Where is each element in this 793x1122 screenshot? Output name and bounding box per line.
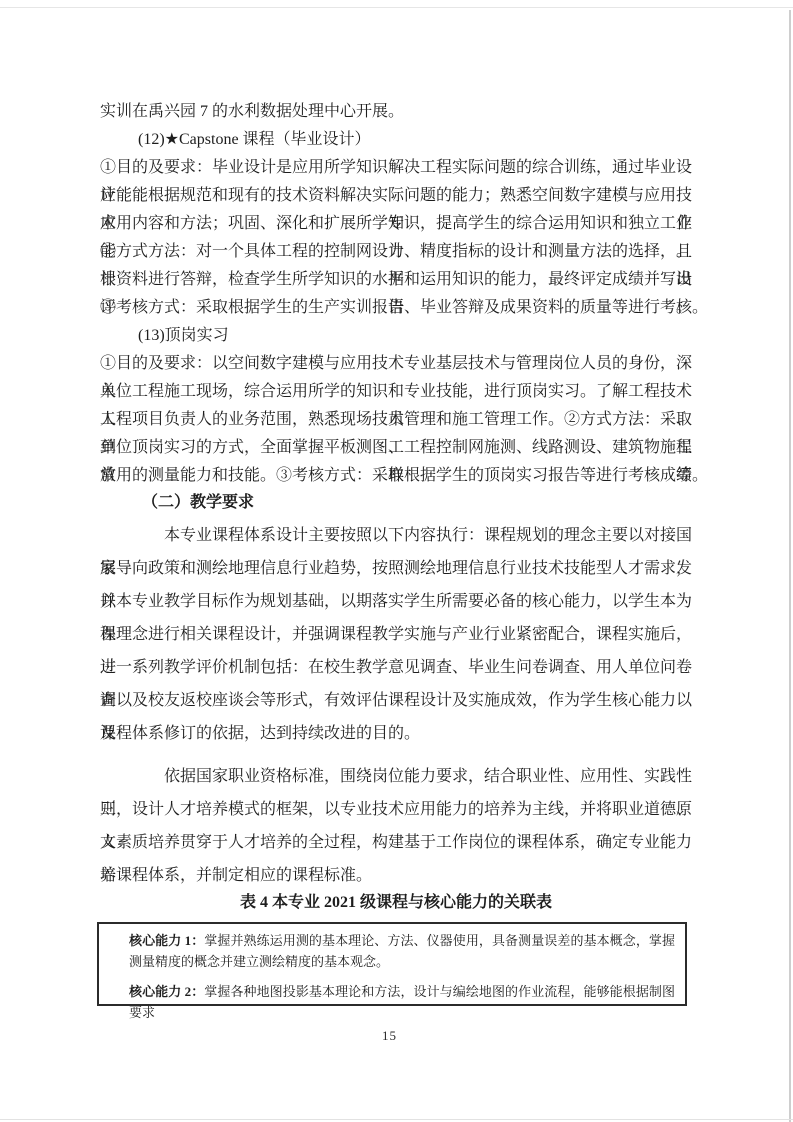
text-line: 应能能根据规范和现有的技术资料解决实际问题的能力；熟悉空间数字建模与应用技术专业 bbox=[100, 182, 692, 210]
text-line: 以本专业教学目标作为规划基础，以期落实学生所需要必备的核心能力，以学生本为课 bbox=[100, 585, 692, 618]
core-ability-1-text: 掌握并熟练运用测的基本理论、方法、仪器使用，具备测量误差的基本概念，掌握测量精度… bbox=[129, 933, 675, 969]
text-line: ③考核方式：采取根据学生的生产实训报告、毕业答辩及成果资料的质量等进行考核。 bbox=[100, 294, 692, 322]
list-item-12-capstone: (12)★Capstone 课程（毕业设计） bbox=[100, 126, 692, 154]
text-line: ①目的及要求：以空间数字建模与应用技术专业基层技术与管理岗位人员的身份，深入 bbox=[100, 350, 692, 378]
paragraph-talent-training: 依据国家职业资格标准，围绕岗位能力要求，结合职业性、应用性、实践性三原 则，设计… bbox=[100, 760, 692, 892]
page-number: 15 bbox=[0, 1028, 779, 1044]
text-line: 课程体系修订的依据，达到持续改进的目的。 bbox=[100, 717, 692, 750]
text-line: 程理念进行相关课程设计，并强调课程教学实施与产业行业紧密配合，课程实施后，进 bbox=[100, 618, 692, 651]
table-row: 核心能力 1：掌握并熟练运用测的基本理论、方法、仪器使用，具备测量误差的基本概念… bbox=[129, 930, 675, 972]
scan-edge-right bbox=[789, 10, 791, 1122]
table-row: 核心能力 2：掌握各种地图投影基本理论和方法，设计与编绘地图的作业流程，能够能根… bbox=[129, 981, 675, 1023]
text-line: 文素质培养贯穿于人才培养的全过程，构建基于工作岗位的课程体系，确定专业能力培 bbox=[100, 826, 692, 859]
text-line: ①目的及要求：毕业设计是应用所学知识解决工程实际问题的综合训练，通过毕业设计 bbox=[100, 154, 692, 182]
core-ability-2-text: 掌握各种地图投影基本理论和方法，设计与编绘地图的作业流程，能够能根据制图要求 bbox=[129, 984, 675, 1020]
text-line: 计资料进行答辩，检查学生所学知识的水平和运用知识的能力，最终评定成绩并写出评语。 bbox=[100, 266, 692, 294]
text-line: 本专业课程体系设计主要按照以下内容执行：课程规划的理念主要以对接国家发 bbox=[100, 519, 692, 552]
scan-edge-bottom bbox=[0, 1119, 793, 1120]
text-line: 工程项目负责人的业务范围，熟悉现场技术管理和施工管理工作。②方式方法：采取到工程 bbox=[100, 406, 692, 434]
section-capstone-and-internship: 实训在禹兴园 7 的水利数据处理中心开展。 (12)★Capstone 课程（毕… bbox=[100, 98, 692, 490]
text-line: 过一系列教学评价机制包括：在校生教学意见调查、毕业生问卷调查、用人单位问卷调 bbox=[100, 651, 692, 684]
text-line: 单位顶岗实习的方式，全面掌握平板测图、工程控制网施测、线路测设、建筑物施工放样等 bbox=[100, 434, 692, 462]
table-caption: 表 4 本专业 2021 级课程与核心能力的关联表 bbox=[100, 891, 692, 915]
section-heading-teaching-requirements: （二）教学要求 bbox=[100, 489, 734, 517]
text-line: 单位工程施工现场，综合运用所学的知识和专业技能，进行顶岗实习。了解工程技术人员、 bbox=[100, 378, 692, 406]
paragraph-curriculum-design: 本专业课程体系设计主要按照以下内容执行：课程规划的理念主要以对接国家发 展导向政… bbox=[100, 519, 692, 750]
text-line: 则，设计人才培养模式的框架，以专业技术应用能力的培养为主线，并将职业道德、人 bbox=[100, 793, 692, 826]
text-line: 实训在禹兴园 7 的水利数据处理中心开展。 bbox=[100, 98, 692, 126]
text-line: 常用的测量能力和技能。③考核方式：采取根据学生的顶岗实习报告等进行考核成绩。 bbox=[100, 462, 692, 490]
core-ability-2-label: 核心能力 2： bbox=[129, 984, 204, 999]
text-line: ②方式方法：对一个具体工程的控制网设计、精度指标的设计和测量方法的选择，且根据设 bbox=[100, 238, 692, 266]
core-ability-table: 核心能力 1：掌握并熟练运用测的基本理论、方法、仪器使用，具备测量误差的基本概念… bbox=[97, 922, 687, 1006]
list-item-13-internship: (13)顶岗实习 bbox=[100, 322, 692, 350]
text-line: 养课程体系，并制定相应的课程标准。 bbox=[100, 859, 692, 892]
text-line: 展导向政策和测绘地理信息行业趋势，按照测绘地理信息行业技术技能型人才需求，并 bbox=[100, 552, 692, 585]
text-line: 依据国家职业资格标准，围绕岗位能力要求，结合职业性、应用性、实践性三原 bbox=[100, 760, 692, 793]
text-line: 查以及校友返校座谈会等形式，有效评估课程设计及实施成效，作为学生核心能力以及 bbox=[100, 684, 692, 717]
core-ability-1-label: 核心能力 1： bbox=[129, 933, 204, 948]
text-line: 应用内容和方法；巩固、深化和扩展所学知识，提高学生的综合运用知识和独立工作能力。 bbox=[100, 210, 692, 238]
scan-edge-top bbox=[0, 7, 793, 8]
document-page: 实训在禹兴园 7 的水利数据处理中心开展。 (12)★Capstone 课程（毕… bbox=[0, 0, 793, 1122]
